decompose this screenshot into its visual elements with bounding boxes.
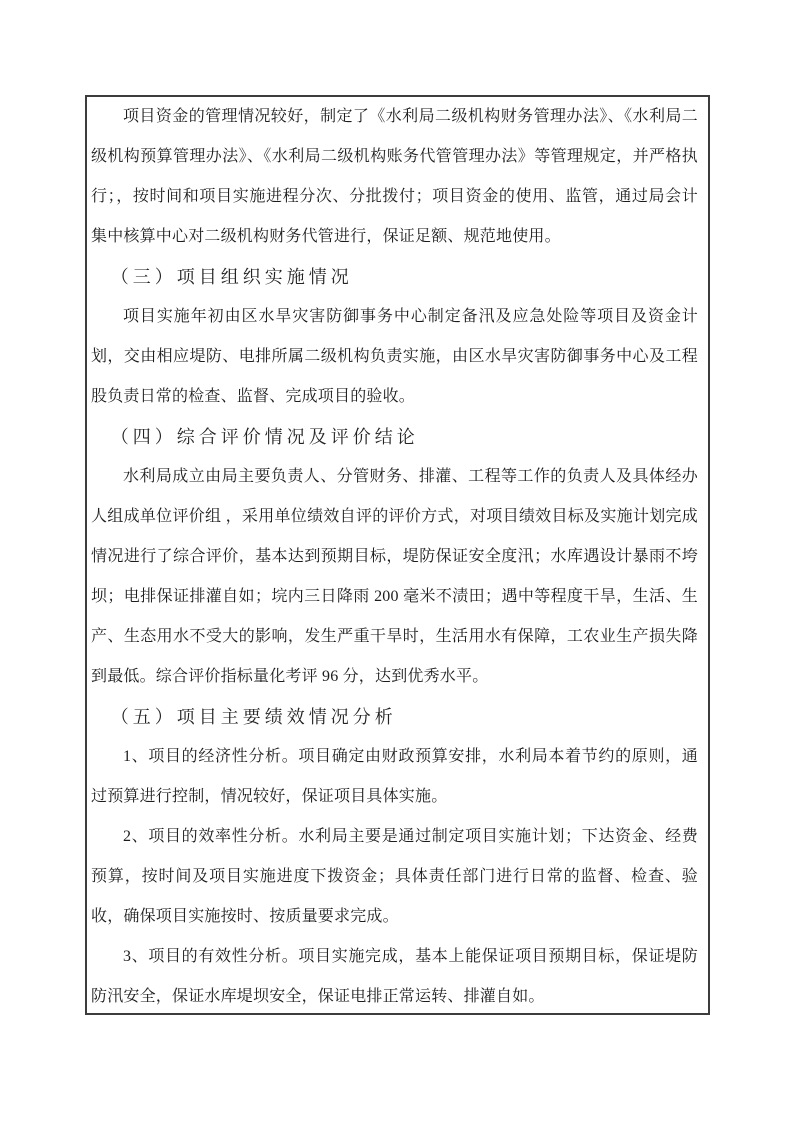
paragraph-implementation-arrangement: 项目实施年初由区水旱灾害防御事务中心制定备汛及应急处险等项目及资金计划，交由相应… — [91, 297, 698, 417]
paragraph-efficiency-analysis: 2、项目的效率性分析。水利局主要是通过制定项目实施计划；下达资金、经费预算，按时… — [91, 817, 698, 937]
document-border-frame: 项目资金的管理情况较好，制定了《水利局二级机构财务管理办法》、《水利局二级机构预… — [85, 95, 710, 1015]
heading-section-5-performance-analysis: （五）项目主要绩效情况分析 — [91, 697, 698, 737]
document-page: 项目资金的管理情况较好，制定了《水利局二级机构财务管理办法》、《水利局二级机构预… — [0, 0, 793, 1122]
paragraph-effectiveness-analysis: 3、项目的有效性分析。项目实施完成，基本上能保证项目预期目标，保证堤防防汛安全，… — [91, 937, 698, 1015]
heading-section-4-comprehensive-evaluation: （四）综合评价情况及评价结论 — [91, 417, 698, 457]
paragraph-evaluation-conclusion: 水利局成立由局主要负责人、分管财务、排灌、工程等工作的负责人及具体经办人组成单位… — [91, 457, 698, 697]
paragraph-economy-analysis: 1、项目的经济性分析。项目确定由财政预算安排，水利局本着节约的原则，通过预算进行… — [91, 737, 698, 817]
paragraph-funds-management: 项目资金的管理情况较好，制定了《水利局二级机构财务管理办法》、《水利局二级机构预… — [91, 97, 698, 257]
heading-section-3-organization: （三）项目组织实施情况 — [91, 257, 698, 297]
